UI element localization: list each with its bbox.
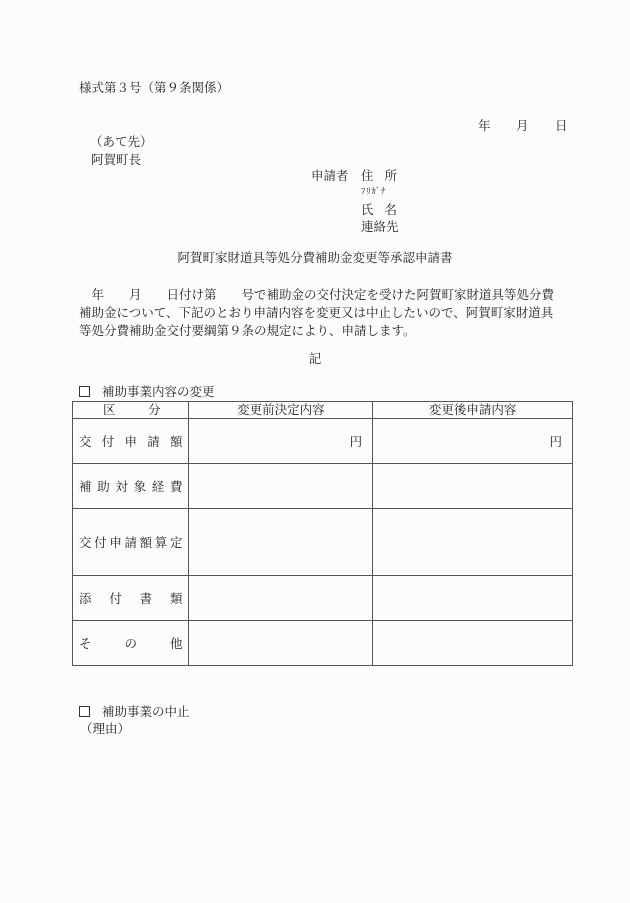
row-label-char: 他 xyxy=(170,634,183,652)
row-label-char: 助 xyxy=(97,477,110,495)
row-label: 交付申請額 xyxy=(73,419,189,464)
body-line-1: 年 月 日付け第 号で補助金の交付決定を受けた阿賀町家財道具等処分費 xyxy=(79,286,574,304)
cell-after[interactable]: 円 xyxy=(373,419,573,464)
row-label-char: 対 xyxy=(115,477,128,495)
row-label-char: 請 xyxy=(147,432,160,450)
row-label-char: 象 xyxy=(134,477,147,495)
row-label: 補助対象経費 xyxy=(73,464,189,509)
cell-after[interactable] xyxy=(373,576,573,621)
row-label-char: 額 xyxy=(140,533,153,551)
applicant-name-label: 氏名 xyxy=(361,204,408,217)
body-line-3: 等処分費補助金交付要綱第９条の規定により、申請します。 xyxy=(79,322,574,340)
row-label-char: 付 xyxy=(102,432,115,450)
row-label-char: 添 xyxy=(79,589,92,607)
row-label-char: そ xyxy=(79,634,92,652)
row-label-char: 算 xyxy=(155,533,168,551)
row-label-char: 交 xyxy=(79,432,92,450)
body-paragraph: 年 月 日付け第 号で補助金の交付決定を受けた阿賀町家財道具等処分費 補助金につ… xyxy=(79,286,574,340)
header-category: 区 分 xyxy=(73,402,189,419)
cell-before[interactable]: 円 xyxy=(189,419,373,464)
addressee-name: 阿賀町長 xyxy=(91,154,141,167)
date-day-label: 日 xyxy=(555,120,568,133)
header-category-char: 分 xyxy=(148,402,161,418)
row-label-char: 類 xyxy=(170,589,183,607)
form-number: 様式第３号（第９条関係） xyxy=(79,82,229,95)
table-header-row: 区 分 変更前決定内容 変更後申請内容 xyxy=(73,402,573,419)
row-label: 交付申請額算定 xyxy=(73,509,189,576)
row-label-char: 付 xyxy=(109,589,122,607)
addressee-label: （あて先） xyxy=(90,136,153,149)
row-label-char: 額 xyxy=(170,432,183,450)
section-change-heading: 補助事業内容の変更 xyxy=(79,386,215,399)
cell-before[interactable] xyxy=(189,509,373,576)
row-label-char: 申 xyxy=(109,533,122,551)
cell-before[interactable] xyxy=(189,576,373,621)
cell-after[interactable] xyxy=(373,509,573,576)
cell-before[interactable] xyxy=(189,464,373,509)
table-row: その他 xyxy=(73,621,573,666)
row-label-char: 付 xyxy=(94,533,107,551)
applicant-address-label: 住所 xyxy=(361,170,408,183)
row-label: 添付書類 xyxy=(73,576,189,621)
row-label-char: 申 xyxy=(124,432,137,450)
row-label-char: 書 xyxy=(140,589,153,607)
section-cancel-heading: 補助事業の中止 xyxy=(79,706,190,719)
date-month-label: 月 xyxy=(516,120,529,133)
change-checkbox[interactable] xyxy=(79,386,90,397)
row-label-char: 費 xyxy=(170,477,183,495)
body-line-2: 補助金について、下記のとおり申請内容を変更又は中止したいので、阿賀町家財道具 xyxy=(79,304,574,322)
table-row: 添付書類 xyxy=(73,576,573,621)
cell-after[interactable] xyxy=(373,621,573,666)
row-label-char: 交 xyxy=(79,533,92,551)
applicant-furigana-label: ﾌﾘｶﾞﾅ xyxy=(361,188,386,197)
cell-after[interactable] xyxy=(373,464,573,509)
document-title: 阿賀町家財道具等処分費補助金変更等承認申請書 xyxy=(0,252,630,265)
section-cancel-label: 補助事業の中止 xyxy=(102,704,190,719)
applicant-label: 申請者 xyxy=(311,170,349,183)
table-row: 補助対象経費 xyxy=(73,464,573,509)
row-label-char: 請 xyxy=(124,533,137,551)
section-change-label: 補助事業内容の変更 xyxy=(102,384,215,399)
cell-before[interactable] xyxy=(189,621,373,666)
ki-heading: 記 xyxy=(0,353,630,366)
row-label-char: 経 xyxy=(152,477,165,495)
row-label-char: 定 xyxy=(170,533,183,551)
header-category-char: 区 xyxy=(103,402,116,418)
date-year-label: 年 xyxy=(478,120,491,133)
row-label-char: 補 xyxy=(79,477,92,495)
table-row: 交付申請額算定 xyxy=(73,509,573,576)
header-after: 変更後申請内容 xyxy=(373,402,573,419)
change-table: 区 分 変更前決定内容 変更後申請内容 交付申請額円円補助対象経費交付申請額算定… xyxy=(72,401,573,666)
table-row: 交付申請額円円 xyxy=(73,419,573,464)
header-before: 変更前決定内容 xyxy=(189,402,373,419)
row-label-char: の xyxy=(124,634,137,652)
reason-label: （理由） xyxy=(80,723,130,736)
cancel-checkbox[interactable] xyxy=(79,706,90,717)
applicant-contact-label: 連絡先 xyxy=(361,221,399,234)
row-label: その他 xyxy=(73,621,189,666)
